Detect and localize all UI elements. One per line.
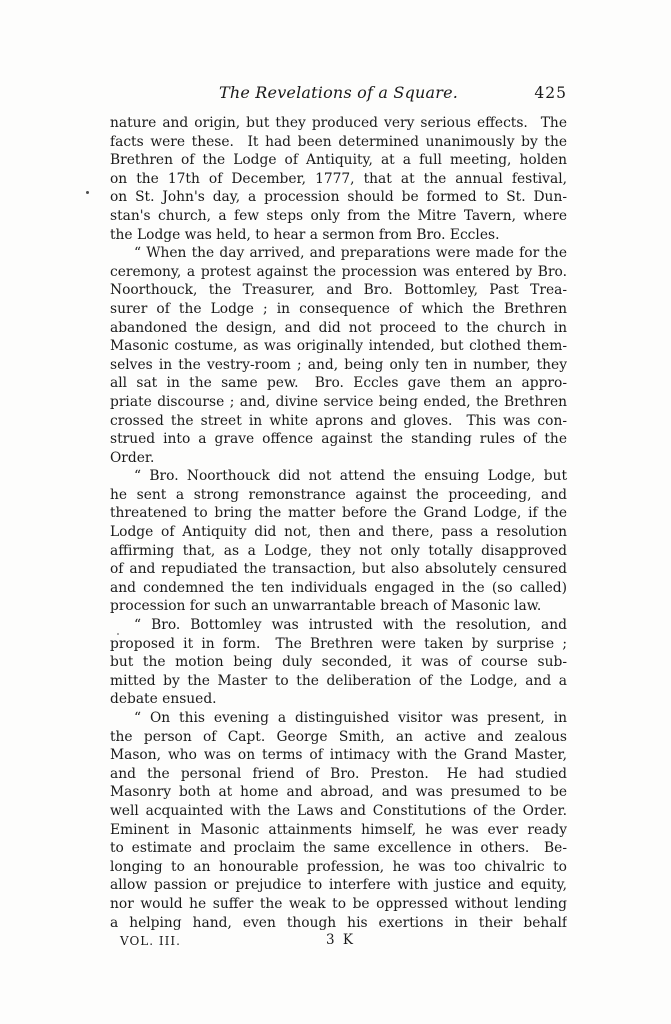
text-line: and the personal friend of Bro. Preston.… [110, 765, 567, 784]
text-line: mitted by the Master to the deliberation… [110, 672, 567, 691]
text-line: Mason, who was on terms of intimacy with… [110, 746, 567, 765]
text-line: he sent a strong remonstrance against th… [110, 486, 567, 505]
paragraph: “ When the day arrived, and preparations… [110, 244, 567, 467]
text-line: abandoned the design, and did not procee… [110, 319, 567, 338]
text-line: on the 17th of December, 1777, that at t… [110, 170, 567, 189]
page-number: 425 [534, 84, 567, 102]
volume-label: VOL. III. [120, 934, 181, 948]
body-text: nature and origin, but they produced ver… [110, 114, 567, 932]
text-line: and condemned the ten individuals engage… [110, 579, 567, 598]
paragraph: nature and origin, but they produced ver… [110, 114, 567, 244]
text-line: stan's church, a few steps only from the… [110, 207, 567, 226]
paragraph: “ Bro. Noorthouck did not attend the ens… [110, 467, 567, 616]
book-page: The Revelations of a Square. 425 nature … [0, 0, 671, 1024]
paragraph: “ Bro. Bottomley was intrusted with the … [110, 616, 567, 709]
text-line: of and repudiated the transaction, but a… [110, 560, 567, 579]
text-line: well acquainted with the Laws and Consti… [110, 802, 567, 821]
text-line: nature and origin, but they produced ver… [110, 114, 567, 133]
text-line: proposed it in form. The Brethren were t… [110, 635, 567, 654]
text-line: Brethren of the Lodge of Antiquity, at a… [110, 151, 567, 170]
text-line: facts were these. It had been determined… [110, 133, 567, 152]
text-line: “ When the day arrived, and preparations… [110, 244, 567, 263]
text-line: threatened to bring the matter before th… [110, 504, 567, 523]
paragraph: “ On this evening a distinguished visito… [110, 709, 567, 932]
text-line: but the motion being duly seconded, it w… [110, 653, 567, 672]
text-line: selves in the vestry-room ; and, being o… [110, 356, 567, 375]
text-line: the Lodge was held, to hear a sermon fro… [110, 226, 567, 245]
text-line: priate discourse ; and, divine service b… [110, 393, 567, 412]
text-line: Masonic costume, as was originally inten… [110, 337, 567, 356]
text-line: crossed the street in white aprons and g… [110, 412, 567, 431]
text-line: ceremony, a protest against the processi… [110, 263, 567, 282]
text-line: debate ensued. [110, 690, 567, 709]
text-line: all sat in the same pew. Bro. Eccles gav… [110, 374, 567, 393]
text-line: strued into a grave offence against the … [110, 430, 567, 449]
text-line: a helping hand, even though his exertion… [110, 914, 567, 933]
text-line: procession for such an unwarrantable bre… [110, 597, 567, 616]
text-line: Order. [110, 449, 567, 468]
signature-mark: 3 K [326, 932, 355, 948]
text-line: longing to an honourable profession, he … [110, 858, 567, 877]
text-line: Lodge of Antiquity did not, then and the… [110, 523, 567, 542]
running-title: The Revelations of a Square. [219, 83, 458, 102]
text-line: Masonry both at home and abroad, and was… [110, 783, 567, 802]
text-line: “ On this evening a distinguished visito… [110, 709, 567, 728]
text-line: surer of the Lodge ; in consequence of w… [110, 300, 567, 319]
page-header: The Revelations of a Square. 425 [110, 83, 567, 105]
text-line: on St. John's day, a procession should b… [110, 188, 567, 207]
scan-speck [86, 191, 89, 194]
text-line: Eminent in Masonic attainments himself, … [110, 821, 567, 840]
text-line: nor would he suffer the weak to be oppre… [110, 895, 567, 914]
text-line: allow passion or prejudice to interfere … [110, 876, 567, 895]
text-line: “ Bro. Noorthouck did not attend the ens… [110, 467, 567, 486]
page-footer: VOL. III. 3 K [110, 931, 567, 953]
text-line: Noorthouck, the Treasurer, and Bro. Bott… [110, 281, 567, 300]
text-line: the person of Capt. George Smith, an act… [110, 728, 567, 747]
text-line: affirming that, as a Lodge, they not onl… [110, 542, 567, 561]
text-line: “ Bro. Bottomley was intrusted with the … [110, 616, 567, 635]
text-line: to estimate and proclaim the same excell… [110, 839, 567, 858]
